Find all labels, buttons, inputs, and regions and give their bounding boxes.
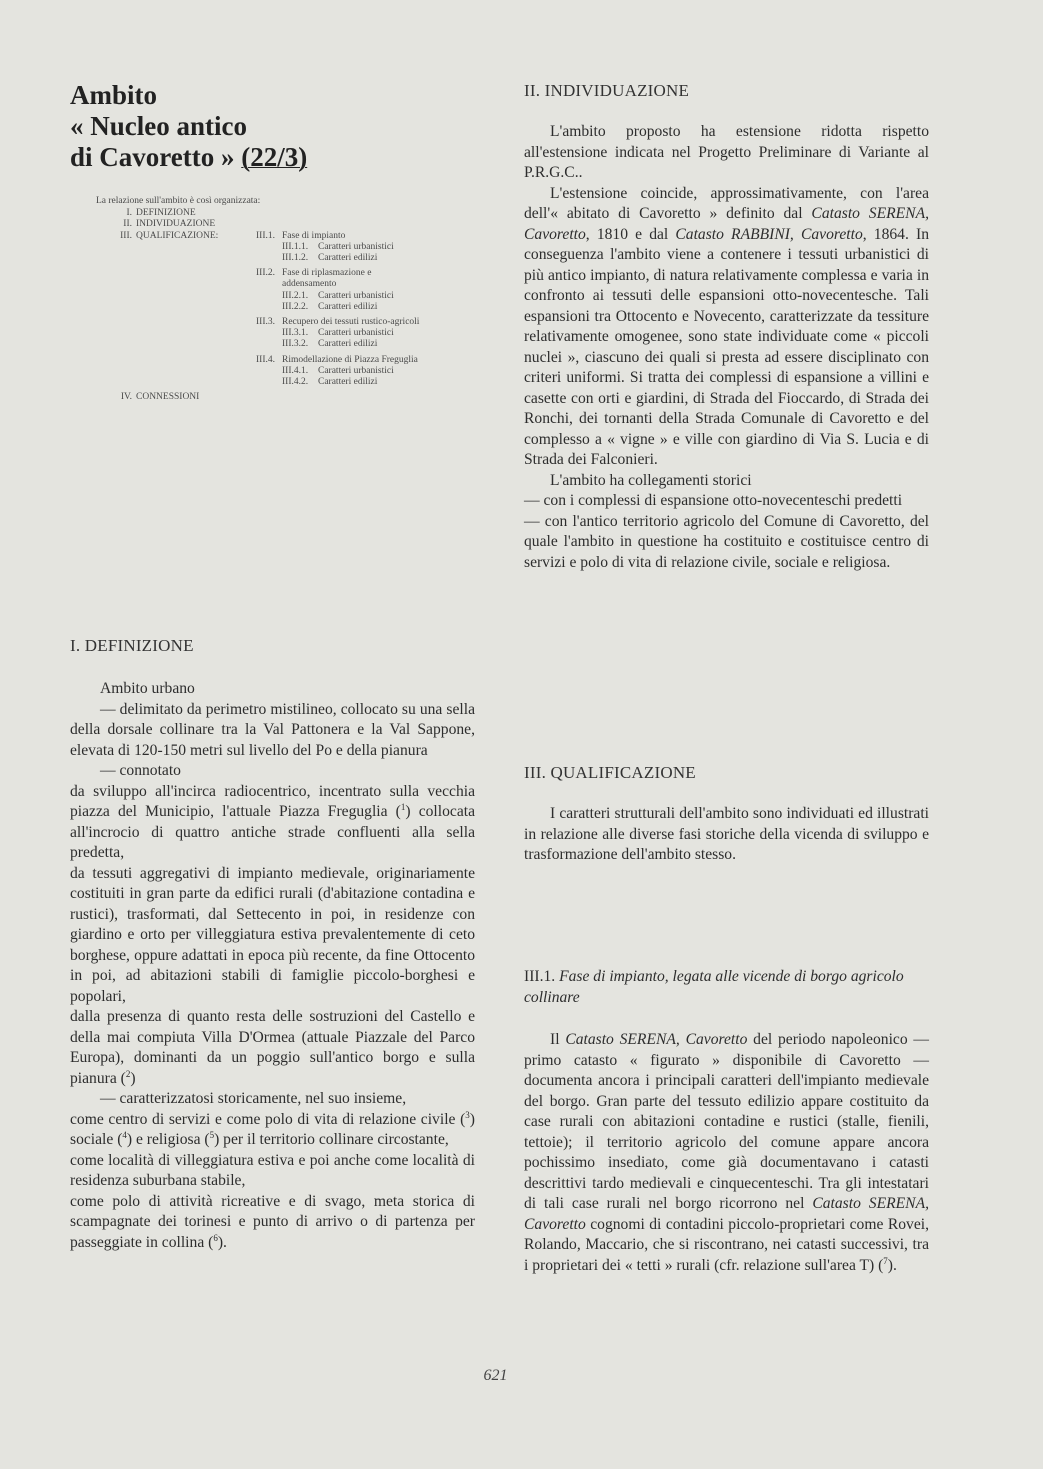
toc-label: INDIVIDUAZIONE: [136, 219, 215, 230]
toc-label: Rimodellazione di Piazza Freguglia: [282, 355, 418, 366]
text-run: , 1810 e dal: [586, 226, 676, 243]
toc-num: III.1.1.: [282, 242, 318, 253]
toc-label: Caratteri edilizi: [318, 302, 377, 313]
individuazione-body: L'ambito proposto ha estensione ridotta …: [524, 122, 929, 573]
text-run: , 1864. In conseguenza l'ambito viene a …: [524, 226, 929, 469]
subsection-number: III.1.: [524, 968, 559, 985]
toc-subitem-3-4-1: III.4.1.Caratteri urbanistici: [96, 366, 516, 377]
text-run: come centro di servizi e come polo di vi…: [70, 1111, 465, 1128]
toc-item-individuazione: II.INDIVIDUAZIONE: [96, 219, 516, 230]
page-number: 621: [0, 1367, 1043, 1385]
paragraph: L'ambito ha collegamenti storici: [524, 471, 929, 492]
toc-label: Caratteri edilizi: [318, 339, 377, 350]
paragraph: Il Catasto SERENA, Cavoretto del periodo…: [524, 1030, 929, 1276]
citation: Catasto SERENA, Cavoretto: [565, 1031, 747, 1048]
toc-num: III.4.: [256, 355, 282, 366]
paragraph: — connotato: [70, 761, 475, 782]
section-heading-individuazione: II. INDIVIDUAZIONE: [524, 81, 689, 101]
definizione-body: Ambito urbano — delimitato da perimetro …: [70, 679, 475, 1253]
toc-label: Fase di riplasmazione e: [282, 268, 371, 279]
paragraph: da tessuti aggregativi di impianto medie…: [70, 864, 475, 1008]
toc-num: I.: [120, 208, 132, 219]
document-title: Ambito « Nucleo antico di Cavoretto » (2…: [70, 80, 307, 173]
toc-label: Caratteri edilizi: [318, 253, 377, 264]
toc-label: Caratteri urbanistici: [318, 291, 394, 302]
title-line-3-text: di Cavoretto »: [70, 142, 241, 172]
subsection-heading-text: III.1. Fase di impianto, legata alle vic…: [524, 967, 929, 1008]
text-run: ).: [888, 1257, 897, 1274]
toc-subitem-3-4: III.4.Rimodellazione di Piazza Freguglia: [96, 355, 516, 366]
title-line-2: « Nucleo antico: [70, 111, 307, 142]
toc-subitem-3-2-1: III.2.1.Caratteri urbanistici: [96, 291, 516, 302]
toc-num: III.3.1.: [282, 328, 318, 339]
toc-label: addensamento: [282, 279, 336, 290]
section-heading-definizione: I. DEFINIZIONE: [70, 636, 194, 656]
title-line-1: Ambito: [70, 80, 307, 111]
paragraph: come località di villeggiatura estiva e …: [70, 1151, 475, 1192]
toc-label: CONNESSIONI: [136, 392, 199, 403]
subsection-title: Fase di impianto, legata alle vicende di…: [524, 968, 904, 1006]
toc-label: Fase di impianto: [282, 231, 345, 242]
toc-intro: La relazione sull'ambito è così organizz…: [96, 196, 516, 207]
paragraph: come centro di servizi e come polo di vi…: [70, 1110, 475, 1151]
toc-subitem-3-3-1: III.3.1.Caratteri urbanistici: [96, 328, 516, 339]
toc-num: III.3.2.: [282, 339, 318, 350]
text-run: ): [130, 1070, 135, 1087]
text-run: ) e religiosa (: [127, 1131, 210, 1148]
fase-impianto-body: Il Catasto SERENA, Cavoretto del periodo…: [524, 1030, 929, 1276]
toc-num: III.4.2.: [282, 377, 318, 388]
toc-label: Caratteri edilizi: [318, 377, 377, 388]
toc-num: III.2.: [256, 268, 282, 279]
toc-subitem-3-2-2: III.2.2.Caratteri edilizi: [96, 302, 516, 313]
toc-subitem-3-1-1: III.1.1.Caratteri urbanistici: [96, 242, 516, 253]
toc-item-qualificazione: III.QUALIFICAZIONE: III.1.Fase di impian…: [96, 231, 516, 389]
paragraph: L'estensione coincide, approssimativamen…: [524, 184, 929, 471]
paragraph: come polo di attività ricreative e di sv…: [70, 1192, 475, 1254]
title-line-3: di Cavoretto » (22/3): [70, 142, 307, 173]
toc-item-definizione: I.DEFINIZIONE: [96, 208, 516, 219]
text-run: ).: [218, 1234, 227, 1251]
toc-num: III.4.1.: [282, 366, 318, 377]
toc-subitem-3-4-2: III.4.2.Caratteri edilizi: [96, 377, 516, 388]
toc-num: IV.: [116, 392, 132, 403]
table-of-contents: La relazione sull'ambito è così organizz…: [96, 196, 516, 403]
paragraph: da sviluppo all'incirca radiocentrico, i…: [70, 782, 475, 864]
toc-label: Recupero dei tessuti rustico-agricoli: [282, 317, 419, 328]
toc-num: III.1.2.: [282, 253, 318, 264]
toc-label: Caratteri urbanistici: [318, 328, 394, 339]
toc-num: III.2.2.: [282, 302, 318, 313]
citation: Catasto RABBINI, Cavoretto: [675, 226, 862, 243]
toc-num: III.1.: [256, 231, 282, 242]
toc-label: Caratteri urbanistici: [318, 242, 394, 253]
subsection-heading-fase-impianto: III.1. Fase di impianto, legata alle vic…: [524, 967, 929, 1008]
text-run: Il: [550, 1031, 565, 1048]
text-run: ) per il territorio collinare circostant…: [214, 1131, 449, 1148]
paragraph: L'ambito proposto ha estensione ridotta …: [524, 122, 929, 184]
paragraph: — caratterizzatosi storicamente, nel suo…: [70, 1089, 475, 1110]
toc-num: III.: [116, 231, 132, 242]
toc-num: II.: [120, 219, 132, 230]
toc-subitem-3-3: III.3.Recupero dei tessuti rustico-agric…: [96, 317, 516, 328]
text-run: come polo di attività ricreative e di sv…: [70, 1193, 475, 1251]
paragraph: I caratteri strutturali dell'ambito sono…: [524, 804, 929, 866]
paragraph: — delimitato da perimetro mistilineo, co…: [70, 700, 475, 762]
section-heading-qualificazione: III. QUALIFICAZIONE: [524, 763, 696, 783]
page-number-text: 621: [484, 1367, 508, 1384]
text-run: del periodo napoleonico — primo catasto …: [524, 1031, 929, 1212]
toc-subitem-3-3-2: III.3.2.Caratteri edilizi: [96, 339, 516, 350]
paragraph: — con l'antico territorio agricolo del C…: [524, 512, 929, 574]
toc-subitem-3-2: III.2.Fase di riplasmazione e: [96, 268, 516, 279]
toc-label: Caratteri urbanistici: [318, 366, 394, 377]
title-reference: (22/3): [241, 142, 307, 172]
toc-item-connessioni: IV.CONNESSIONI: [96, 392, 516, 403]
paragraph: — con i complessi di espansione otto-nov…: [524, 491, 929, 512]
paragraph: Ambito urbano: [70, 679, 475, 700]
toc-qualificazione-label: III.QUALIFICAZIONE:: [116, 231, 218, 242]
toc-label: QUALIFICAZIONE:: [136, 231, 218, 241]
qualificazione-body: I caratteri strutturali dell'ambito sono…: [524, 804, 929, 866]
toc-label: DEFINIZIONE: [136, 208, 196, 219]
toc-subitem-3-1-2: III.1.2.Caratteri edilizi: [96, 253, 516, 264]
toc-subitem-3-2-cont: addensamento: [96, 279, 516, 290]
toc-num: III.2.1.: [282, 291, 318, 302]
toc-num: III.3.: [256, 317, 282, 328]
paragraph: dalla presenza di quanto resta delle sos…: [70, 1007, 475, 1089]
